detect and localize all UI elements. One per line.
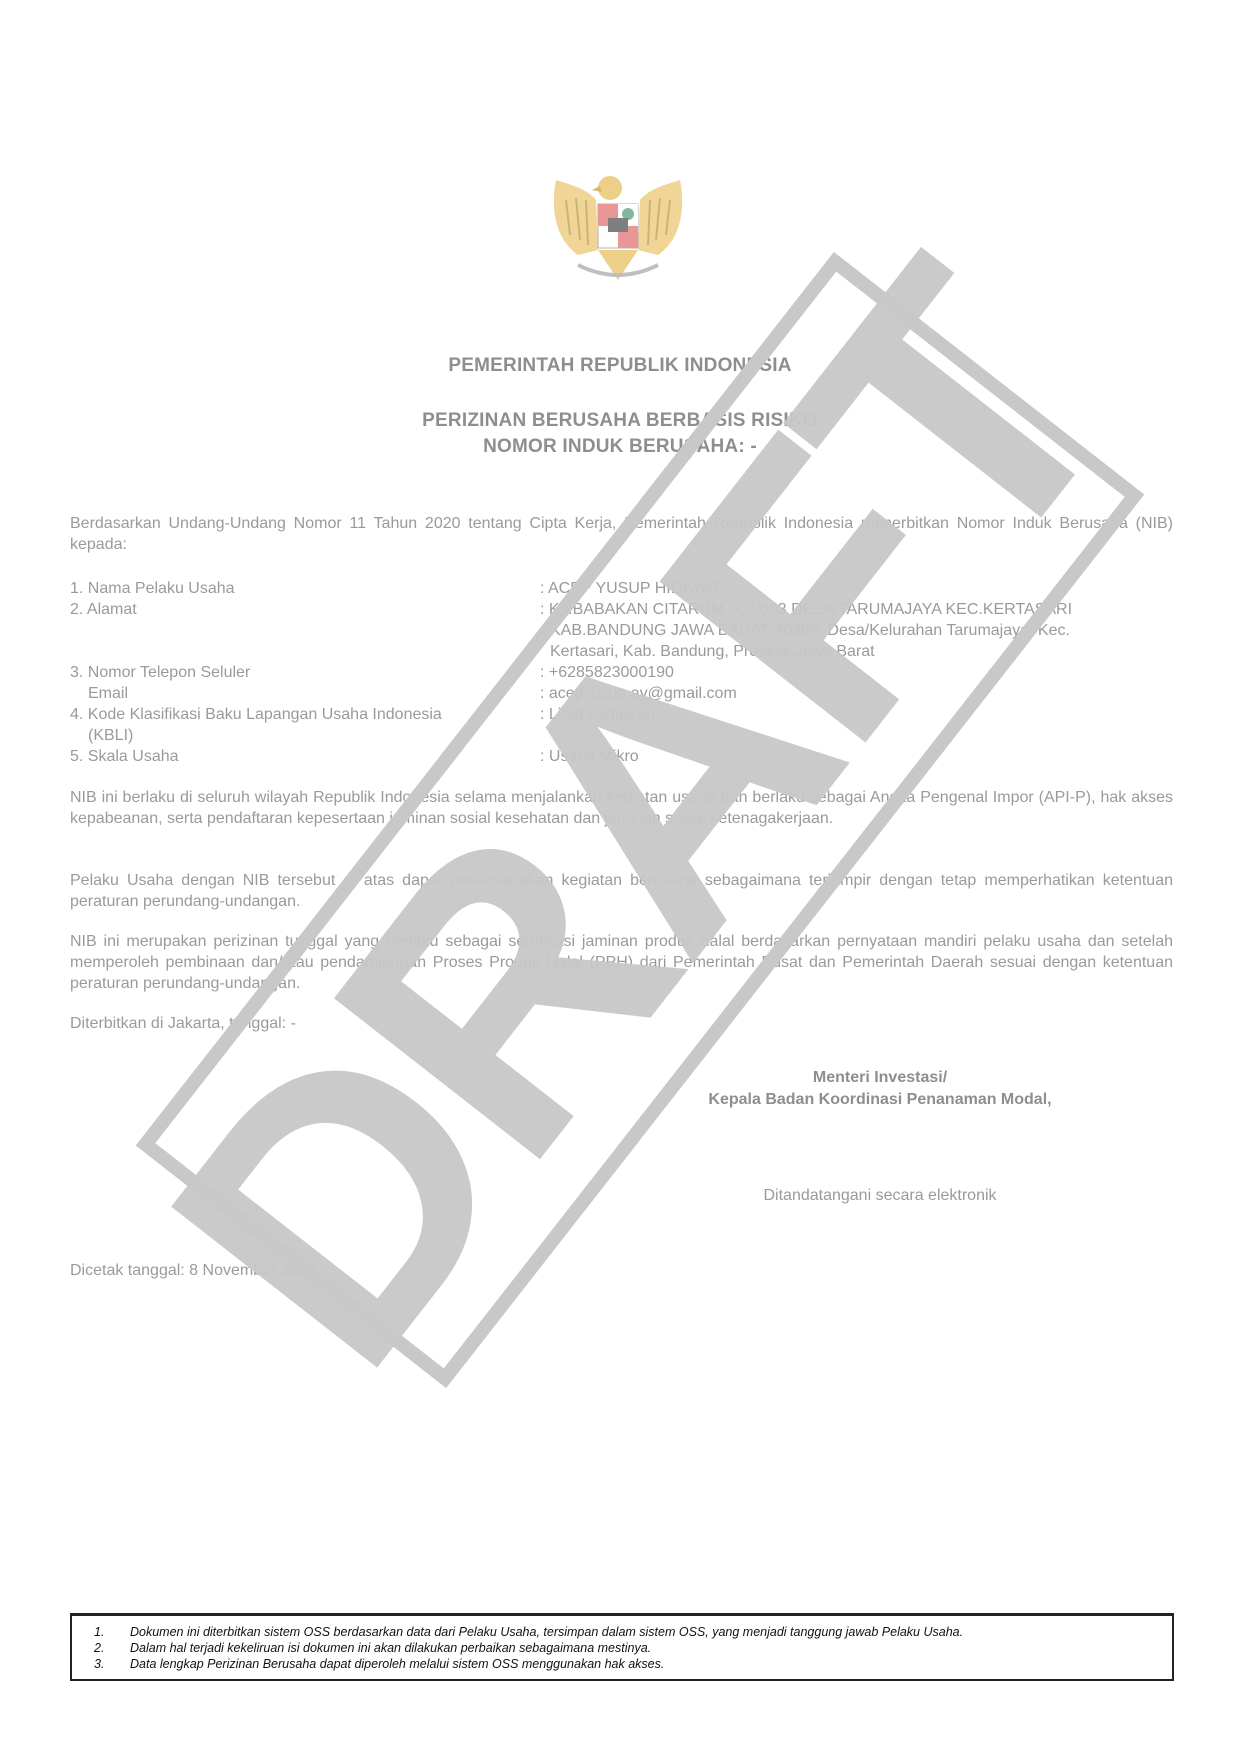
validity-paragraph: NIB ini berlaku di seluruh wilayah Repub… [70,787,1173,829]
field-row-address: 2. Alamat : KP.BABAKAN CITARUM 002/003 D… [70,599,1180,620]
field-label: (KBLI) [70,725,558,746]
document-title: PERIZINAN BERUSAHA BERBASIS RISIKO [0,410,1240,432]
field-label [70,641,540,662]
nib-number: NOMOR INDUK BERUSAHA: - [0,436,1240,458]
field-label: 5. Skala Usaha [70,746,540,767]
field-row-phone: 3. Nomor Telepon Seluler : +628582300019… [70,662,1180,683]
field-value: : Usaha Mikro [540,746,1160,767]
document-page: PEMERINTAH REPUBLIK INDONESIA PERIZINAN … [0,0,1240,1754]
signer-title-line2: Kepala Badan Koordinasi Penanaman Modal, [640,1089,1120,1110]
intro-paragraph: Berdasarkan Undang-Undang Nomor 11 Tahun… [70,513,1173,555]
government-heading: PEMERINTAH REPUBLIK INDONESIA [0,355,1240,377]
note-number: 1. [82,1624,130,1640]
field-value: : Lihat Lampiran [540,704,1160,725]
note-text: Dalam hal terjadi kekeliruan isi dokumen… [130,1640,651,1656]
field-value [558,725,1178,746]
footer-notes-box: 1. Dokumen ini diterbitkan sistem OSS be… [70,1613,1174,1681]
field-value: : KP.BABAKAN CITARUM 002/003 DESA TARUMA… [540,599,1160,620]
issued-place-date: Diterbitkan di Jakarta, tanggal: - [70,1013,1173,1034]
field-row-address-cont: KAB.BANDUNG JAWA BARAT 40386, Desa/Kelur… [70,620,1180,641]
printed-date: Dicetak tanggal: 8 November 2022 [70,1262,316,1280]
field-row-name: 1. Nama Pelaku Usaha : ACEP YUSUP HIDAYA… [70,578,1180,599]
field-label: 2. Alamat [70,599,540,620]
field-label [70,620,540,641]
field-value: : acepyusup.ay@gmail.com [540,683,1160,704]
field-label: 4. Kode Klasifikasi Baku Lapangan Usaha … [70,704,540,725]
field-label: 1. Nama Pelaku Usaha [70,578,540,599]
note-item: 1. Dokumen ini diterbitkan sistem OSS be… [82,1624,1162,1640]
business-details: 1. Nama Pelaku Usaha : ACEP YUSUP HIDAYA… [70,578,1180,767]
field-value: : ACEP YUSUP HIDAYAT [540,578,1160,599]
field-row-email: Email : acepyusup.ay@gmail.com [70,683,1180,704]
field-value: Kertasari, Kab. Bandung, Provinsi Jawa B… [540,641,1170,662]
field-row-scale: 5. Skala Usaha : Usaha Mikro [70,746,1180,767]
note-text: Data lengkap Perizinan Berusaha dapat di… [130,1656,664,1672]
note-number: 3. [82,1656,130,1672]
field-value: KAB.BANDUNG JAWA BARAT 40386, Desa/Kelur… [540,620,1170,641]
signer-title-line1: Menteri Investasi/ [640,1067,1120,1088]
note-number: 2. [82,1640,130,1656]
garuda-emblem-icon [548,160,688,290]
field-row-kbli: 4. Kode Klasifikasi Baku Lapangan Usaha … [70,704,1180,725]
field-row-kbli-cont: (KBLI) [70,725,1180,746]
field-value: : +6285823000190 [540,662,1160,683]
field-label: Email [70,683,558,704]
field-row-address-cont: Kertasari, Kab. Bandung, Provinsi Jawa B… [70,641,1180,662]
note-item: 3. Data lengkap Perizinan Berusaha dapat… [82,1656,1162,1672]
activity-paragraph: Pelaku Usaha dengan NIB tersebut di atas… [70,870,1173,912]
note-item: 2. Dalam hal terjadi kekeliruan isi doku… [82,1640,1162,1656]
electronic-signature-note: Ditandatangani secara elektronik [640,1187,1120,1205]
halal-paragraph: NIB ini merupakan perizinan tunggal yang… [70,931,1173,994]
field-label: 3. Nomor Telepon Seluler [70,662,540,683]
note-text: Dokumen ini diterbitkan sistem OSS berda… [130,1624,963,1640]
